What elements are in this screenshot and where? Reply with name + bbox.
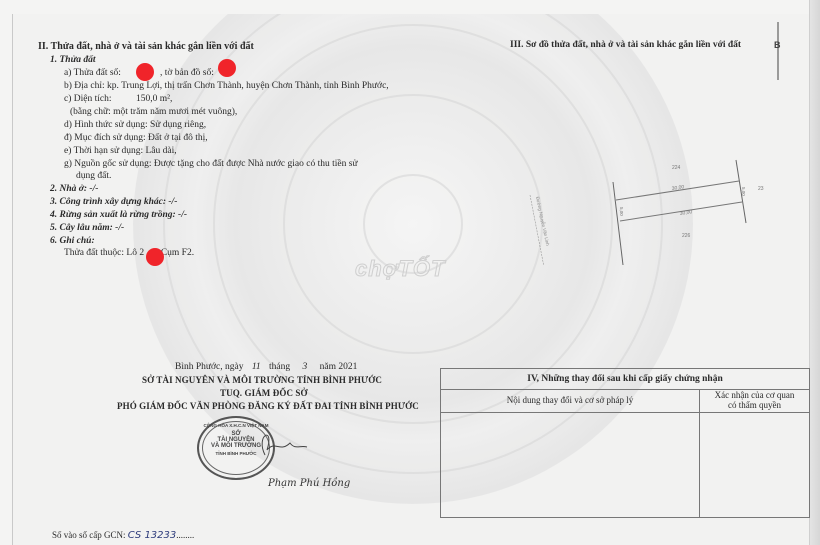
col-change-content: Nội dung thay đổi và cơ sở pháp lý xyxy=(441,389,699,412)
usage-form: d) Hình thức sử dụng: Sử dụng riêng, xyxy=(64,119,206,131)
changes-table-title: IV, Những thay đổi sau khi cấp giấy chứn… xyxy=(441,369,809,390)
usage-origin: g) Nguồn gốc sử dụng: Được tặng cho đất … xyxy=(64,158,358,170)
date-month: 3 xyxy=(303,362,308,372)
forest-item: 4. Rừng sản xuất là rừng trồng: -/- xyxy=(50,209,187,221)
usage-origin-cont: dụng đất. xyxy=(76,170,111,182)
address: b) Địa chỉ: kp. Trung Lợi, thị trấn Chơn… xyxy=(64,80,389,92)
other-works-item: 3. Công trình xây dựng khác: -/- xyxy=(50,196,177,208)
tuq-label: TUQ. GIÁM ĐỐC SỞ xyxy=(220,387,308,399)
usage-term: e) Thời hạn sử dụng: Lâu dài, xyxy=(64,145,177,157)
usage-purpose: đ) Mục đích sử dụng: Đất ở tại đô thị, xyxy=(64,132,208,144)
changes-table-header: Nội dung thay đổi và cơ sở pháp lý Xác n… xyxy=(441,389,809,413)
date-line: Bình Phước, ngày 11 tháng 3 năm 2021 xyxy=(175,361,357,373)
notes-heading: 6. Ghi chú: xyxy=(50,235,95,247)
notes-text-a: Thửa đất thuộc: Lô 2 xyxy=(64,248,144,258)
section3-title: III. Sơ đồ thửa đất, nhà ở và tài sản kh… xyxy=(510,39,741,51)
registry-label: Số vào sổ cấp GCN: xyxy=(52,530,126,540)
neighbor-bottom-label: 226 xyxy=(682,233,691,239)
col-authority-confirmation: Xác nhận của cơ quan có thẩm quyền xyxy=(699,389,809,413)
top-length-label: 30,00 xyxy=(671,184,684,192)
registry-dots: ........ xyxy=(176,530,194,540)
area-value: 150,0 m², xyxy=(136,93,172,105)
col2-line1: Xác nhận của cơ quan xyxy=(700,390,809,400)
land-heading: 1. Thửa đất xyxy=(50,54,96,66)
section2-title: II. Thửa đất, nhà ở và tài sản khác gắn … xyxy=(38,41,254,53)
col2-line2: có thẩm quyền xyxy=(700,400,809,410)
page-edge xyxy=(809,0,820,545)
neighbor-top-label: 224 xyxy=(672,165,681,171)
date-day: 11 xyxy=(252,362,261,372)
registry-value: CS 13233 xyxy=(128,530,177,541)
registry-line: Số vào sổ cấp GCN: CS 13233........ xyxy=(52,529,194,542)
column-divider xyxy=(699,412,700,517)
neighbor-right-label: 23 xyxy=(758,186,764,192)
date-year: năm 2021 xyxy=(320,362,358,372)
redacted-map-sheet xyxy=(218,59,236,77)
parcel-diagram: 224 226 23 30,00 30,00 5,00 5,00 Đường N… xyxy=(510,155,780,265)
date-prefix: Bình Phước, ngày xyxy=(175,362,244,372)
signer-position: PHÓ GIÁM ĐỐC VĂN PHÒNG ĐĂNG KÝ ĐẤT ĐAI T… xyxy=(117,400,419,412)
bottom-length-label: 30,00 xyxy=(679,209,692,217)
redacted-lot-number xyxy=(146,248,164,266)
handwritten-signature xyxy=(245,425,320,465)
notes-text: Thửa đất thuộc: Lô 2, Cụm F2. xyxy=(64,247,194,259)
perennial-item: 5. Cây lâu năm: -/- xyxy=(50,222,124,234)
area-label: c) Diện tích: xyxy=(64,93,111,105)
parcel-number-label: a) Thửa đất số: xyxy=(64,67,121,79)
signer-name: Phạm Phú Hồng xyxy=(268,478,350,489)
map-sheet-label: , tờ bản đồ số: xyxy=(160,67,214,79)
issuing-org: SỞ TÀI NGUYÊN VÀ MÔI TRƯỜNG TỈNH BÌNH PH… xyxy=(142,374,382,386)
road-label: Đường Nguyễn Văn Linh xyxy=(535,196,551,247)
right-width-label: 5,00 xyxy=(741,187,746,196)
month-label: tháng xyxy=(269,362,290,372)
north-label: B xyxy=(774,40,781,50)
chotot-watermark: chợTỐT xyxy=(355,256,445,282)
area-in-words: (bằng chữ: một trăm năm mươi mét vuông), xyxy=(70,106,237,118)
north-arrow-icon: B xyxy=(760,18,790,88)
house-item: 2. Nhà ở: -/- xyxy=(50,183,98,195)
redacted-parcel-number xyxy=(136,63,154,81)
changes-table: IV, Những thay đổi sau khi cấp giấy chứn… xyxy=(440,368,810,518)
left-width-label: 5,00 xyxy=(619,207,624,216)
